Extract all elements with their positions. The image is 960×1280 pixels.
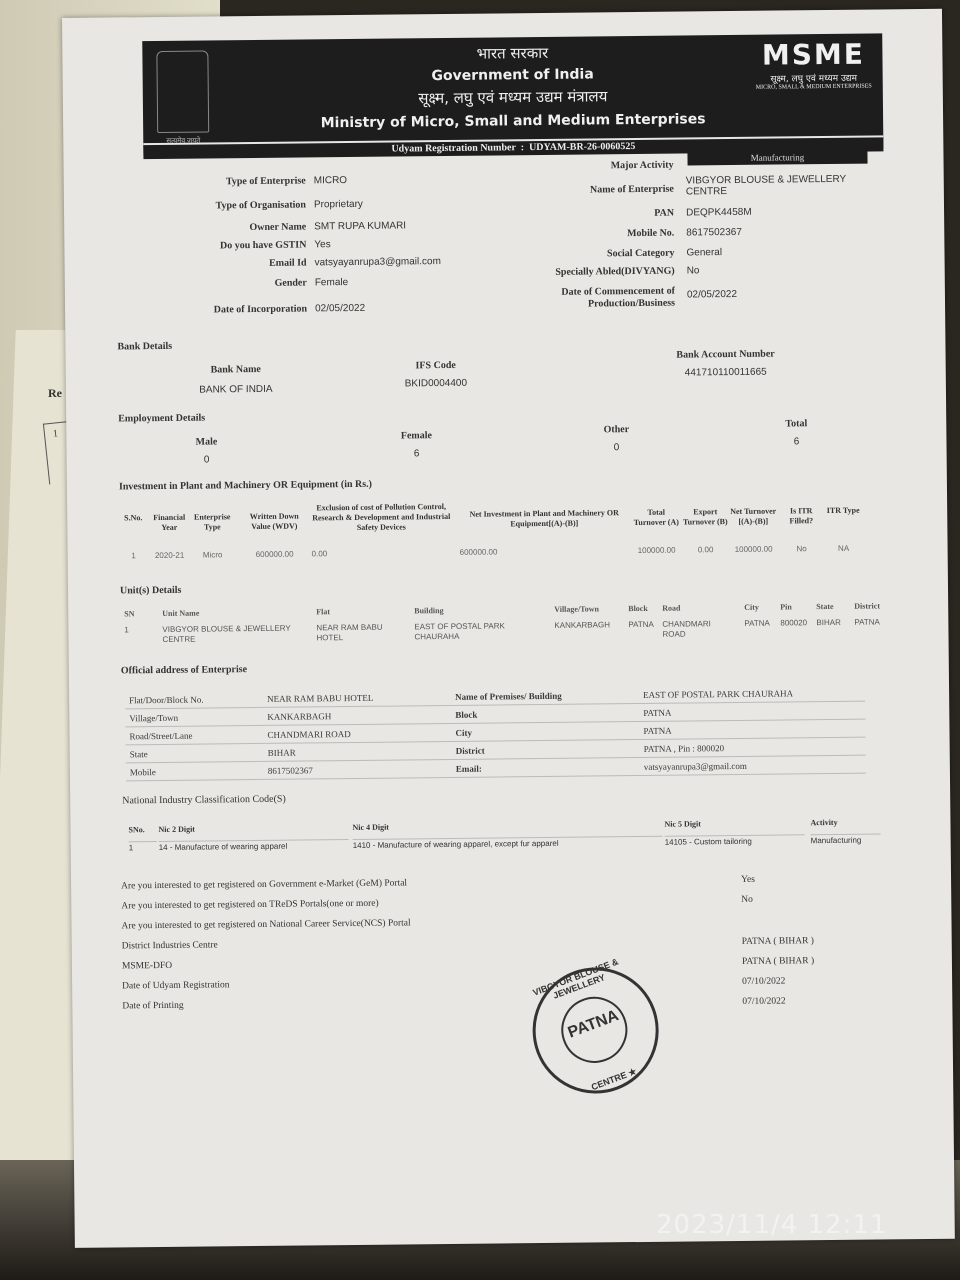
unit-header: Flat <box>316 606 406 616</box>
address-value: KANKARBAGH <box>263 705 451 725</box>
field-value: vatsyayanrupa3@gmail.com <box>315 256 441 268</box>
investment-header: Written Down Value (WDV) <box>239 511 309 532</box>
field-label: Email Id <box>157 257 307 270</box>
field-label: Mobile No. <box>524 228 674 241</box>
peek-cell-text: 1 <box>45 428 59 440</box>
field-label: Specially Abled(DIVYANG) <box>525 266 675 279</box>
enterprise-stamp: VIBGYOR BLOUSE & JEWELLERY PATNA CENTRE … <box>514 949 676 1111</box>
unit-cell: NEAR RAM BABU HOTEL <box>316 622 406 643</box>
other-label: Other <box>586 424 646 436</box>
ifs-code-label: IFS Code <box>376 359 496 371</box>
footer-label: Date of Udyam Registration <box>122 980 229 991</box>
field-label: Social Category <box>524 248 674 261</box>
address-value: PATNA <box>639 719 865 739</box>
address-label: Email: <box>452 757 640 777</box>
address-value: 8617502367 <box>264 759 452 779</box>
nic-header: Activity <box>810 817 880 827</box>
investment-header: Exclusion of cost of Pollution Control, … <box>311 502 451 533</box>
unit-cell: VIBGYOR BLOUSE & JEWELLERY CENTRE <box>162 624 302 645</box>
footer-label: Are you interested to get registered on … <box>121 899 378 912</box>
nic-header: Nic 5 Digit <box>664 818 804 828</box>
investment-cell: 100000.00 <box>634 546 680 555</box>
footer-label: Are you interested to get registered on … <box>121 918 410 931</box>
investment-cell: 600000.00 <box>240 549 310 559</box>
bank-name-value: BANK OF INDIA <box>176 384 296 396</box>
female-value: 6 <box>387 448 447 460</box>
bank-account-label: Bank Account Number <box>656 348 796 360</box>
investment-header: S.No. <box>119 513 147 523</box>
udyam-certificate-page: सत्यमेव जयते भारत सरकार Government of In… <box>62 9 955 1248</box>
nic-header: Nic 2 Digit <box>158 823 348 834</box>
udyam-number: UDYAM-BR-26-0060525 <box>529 141 635 153</box>
total-value: 6 <box>766 436 826 448</box>
investment-header: Export Turnover (B) <box>681 507 729 528</box>
field-value: General <box>686 247 722 258</box>
field-value: Proprietary <box>314 199 363 211</box>
footer-label: District Industries Centre <box>122 940 218 951</box>
nic-title: National Industry Classification Code(S) <box>122 794 286 807</box>
investment-header: Total Turnover (A) <box>633 508 679 528</box>
unit-header: Village/Town <box>554 604 624 614</box>
unit-header: Unit Name <box>162 608 302 618</box>
commencement-label: Date of Commencement of Production/Busin… <box>525 286 675 312</box>
msme-logo-hindi: सूक्ष्म, लघु एवं मध्यम उद्यम <box>751 70 877 84</box>
nic-cell: 14105 - Custom tailoring <box>665 834 805 846</box>
ifs-code-value: BKID0004400 <box>376 377 496 389</box>
address-label: Block <box>451 703 639 723</box>
header-ministry: Ministry of Micro, Small and Medium Ente… <box>143 109 883 133</box>
field-label: Type of Organisation <box>156 199 306 212</box>
field-value: Female <box>315 277 348 288</box>
investment-header: Net Investment in Plant and Machinery OR… <box>459 508 629 530</box>
commencement-value: 02/05/2022 <box>687 289 737 301</box>
investment-cell: No <box>780 544 824 553</box>
official-address-title: Official address of Enterprise <box>121 664 247 676</box>
enterprise-name-line2: CENTRE <box>686 184 886 197</box>
bank-account-value: 441710110011665 <box>656 366 796 378</box>
footer-value: 07/10/2022 <box>742 976 785 986</box>
udyam-label: Udyam Registration Number <box>391 142 515 154</box>
female-label: Female <box>386 430 446 442</box>
investment-cell: 100000.00 <box>728 545 780 555</box>
msme-logo-text: MSME <box>750 37 876 71</box>
address-value: vatsyayanrupa3@gmail.com <box>640 755 866 775</box>
investment-cell: Micro <box>190 550 236 559</box>
nic-header: Nic 4 Digit <box>352 820 662 832</box>
field-label: Do you have GSTIN <box>156 239 306 252</box>
unit-cell: PATNA <box>854 617 894 627</box>
address-label: City <box>451 721 639 741</box>
other-value: 0 <box>586 442 646 454</box>
address-value: BIHAR <box>264 741 452 761</box>
field-value: MICRO <box>314 175 347 186</box>
unit-cell: PATNA <box>744 619 774 629</box>
field-value: No <box>687 265 700 276</box>
unit-cell: BIHAR <box>816 618 848 628</box>
address-label: Mobile <box>126 761 264 780</box>
bank-name-label: Bank Name <box>176 364 296 376</box>
field-label: Owner Name <box>156 221 306 234</box>
investment-cell: 600000.00 <box>460 546 630 557</box>
footer-value: 07/10/2022 <box>742 996 785 1006</box>
field-value: 02/05/2022 <box>315 303 365 315</box>
units-title: Unit(s) Details <box>120 585 182 597</box>
unit-header: Block <box>628 604 658 613</box>
footer-value: No <box>741 895 753 905</box>
unit-header: SN <box>124 609 144 618</box>
investment-cell: 2020-21 <box>150 551 190 560</box>
official-address-table: Flat/Door/Block No.NEAR RAM BABU HOTELNa… <box>125 684 866 782</box>
address-label: Road/Street/Lane <box>125 725 263 744</box>
peek-text: Re <box>48 386 62 401</box>
enterprise-name-label: Name of Enterprise <box>524 184 674 197</box>
field-label: Date of Incorporation <box>157 303 307 316</box>
address-value: PATNA , Pin : 800020 <box>640 737 866 757</box>
footer-label: MSME-DFO <box>122 961 172 972</box>
field-value: SMT RUPA KUMARI <box>314 220 406 232</box>
investment-header: Enterprise Type <box>189 512 235 532</box>
address-label: District <box>452 739 640 759</box>
address-value: CHANDMARI ROAD <box>263 723 451 743</box>
stamp-outer-bottom: CENTRE ★ <box>556 1053 672 1106</box>
bank-details-title: Bank Details <box>117 341 172 353</box>
field-label: PAN <box>524 208 674 221</box>
male-value: 0 <box>177 454 237 466</box>
nic-cell: 1410 - Manufacture of wearing apparel, e… <box>353 836 663 850</box>
unit-cell: KANKARBAGH <box>554 620 624 631</box>
investment-title: Investment in Plant and Machinery OR Equ… <box>119 479 372 493</box>
unit-cell: PATNA <box>628 620 658 630</box>
address-label: Flat/Door/Block No. <box>125 690 263 709</box>
investment-cell: NA <box>826 544 862 553</box>
unit-header: City <box>744 603 774 612</box>
address-value: NEAR RAM BABU HOTEL <box>263 688 451 707</box>
footer-label: Are you interested to get registered on … <box>121 878 407 891</box>
nic-cell: Manufacturing <box>811 833 881 845</box>
unit-cell: EAST OF POSTAL PARK CHAURAHA <box>414 621 534 642</box>
footer-value: Yes <box>741 875 755 885</box>
footer-label: Date of Printing <box>122 1001 183 1012</box>
field-label: Gender <box>157 277 307 290</box>
major-activity-value: Manufacturing <box>687 150 867 166</box>
field-value: 8617502367 <box>686 227 742 239</box>
investment-cell: 0.00 <box>682 545 730 555</box>
photo-timestamp: 2023/11/4 12:11 <box>656 1210 888 1240</box>
total-label: Total <box>766 418 826 430</box>
address-value: PATNA <box>639 701 865 721</box>
investment-header: Financial Year <box>149 513 189 533</box>
investment-header: ITR Type <box>825 506 861 516</box>
investment-header: Net Turnover [(A)-(B)] <box>727 507 779 528</box>
unit-header: State <box>816 602 848 611</box>
unit-header: Building <box>414 605 534 615</box>
field-value: Yes <box>314 239 330 250</box>
field-value: DEQPK4458M <box>686 207 752 219</box>
nic-header: SNo. <box>128 825 156 834</box>
field-label: Type of Enterprise <box>156 175 306 188</box>
unit-header: Pin <box>780 602 810 611</box>
investment-cell: 1 <box>120 551 148 560</box>
unit-cell: 1 <box>124 625 144 635</box>
unit-header: Road <box>662 603 722 613</box>
enterprise-name-value: VIBGYOR BLOUSE & JEWELLERY CENTRE <box>686 173 886 197</box>
male-label: Male <box>176 436 236 448</box>
unit-cell: CHANDMARI ROAD <box>662 619 722 640</box>
commencement-label-2: Production/Business <box>525 298 675 312</box>
nic-cell: 1 <box>129 841 157 852</box>
footer-value: PATNA ( BIHAR ) <box>742 956 814 967</box>
investment-header: Is ITR Filled? <box>779 506 823 526</box>
address-label: State <box>126 743 264 762</box>
address-label: Village/Town <box>125 707 263 726</box>
unit-header: District <box>854 601 894 610</box>
msme-logo: MSME सूक्ष्म, लघु एवं मध्यम उद्यम MICRO,… <box>750 37 877 90</box>
employment-details-title: Employment Details <box>118 413 205 425</box>
major-activity-label: Major Activity <box>524 160 674 173</box>
address-label: Name of Premises/ Building <box>451 686 639 705</box>
unit-cell: 800020 <box>780 618 810 628</box>
footer-value: PATNA ( BIHAR ) <box>742 936 814 947</box>
investment-cell: 0.00 <box>312 548 452 558</box>
nic-cell: 14 - Manufacture of wearing apparel <box>159 839 349 852</box>
